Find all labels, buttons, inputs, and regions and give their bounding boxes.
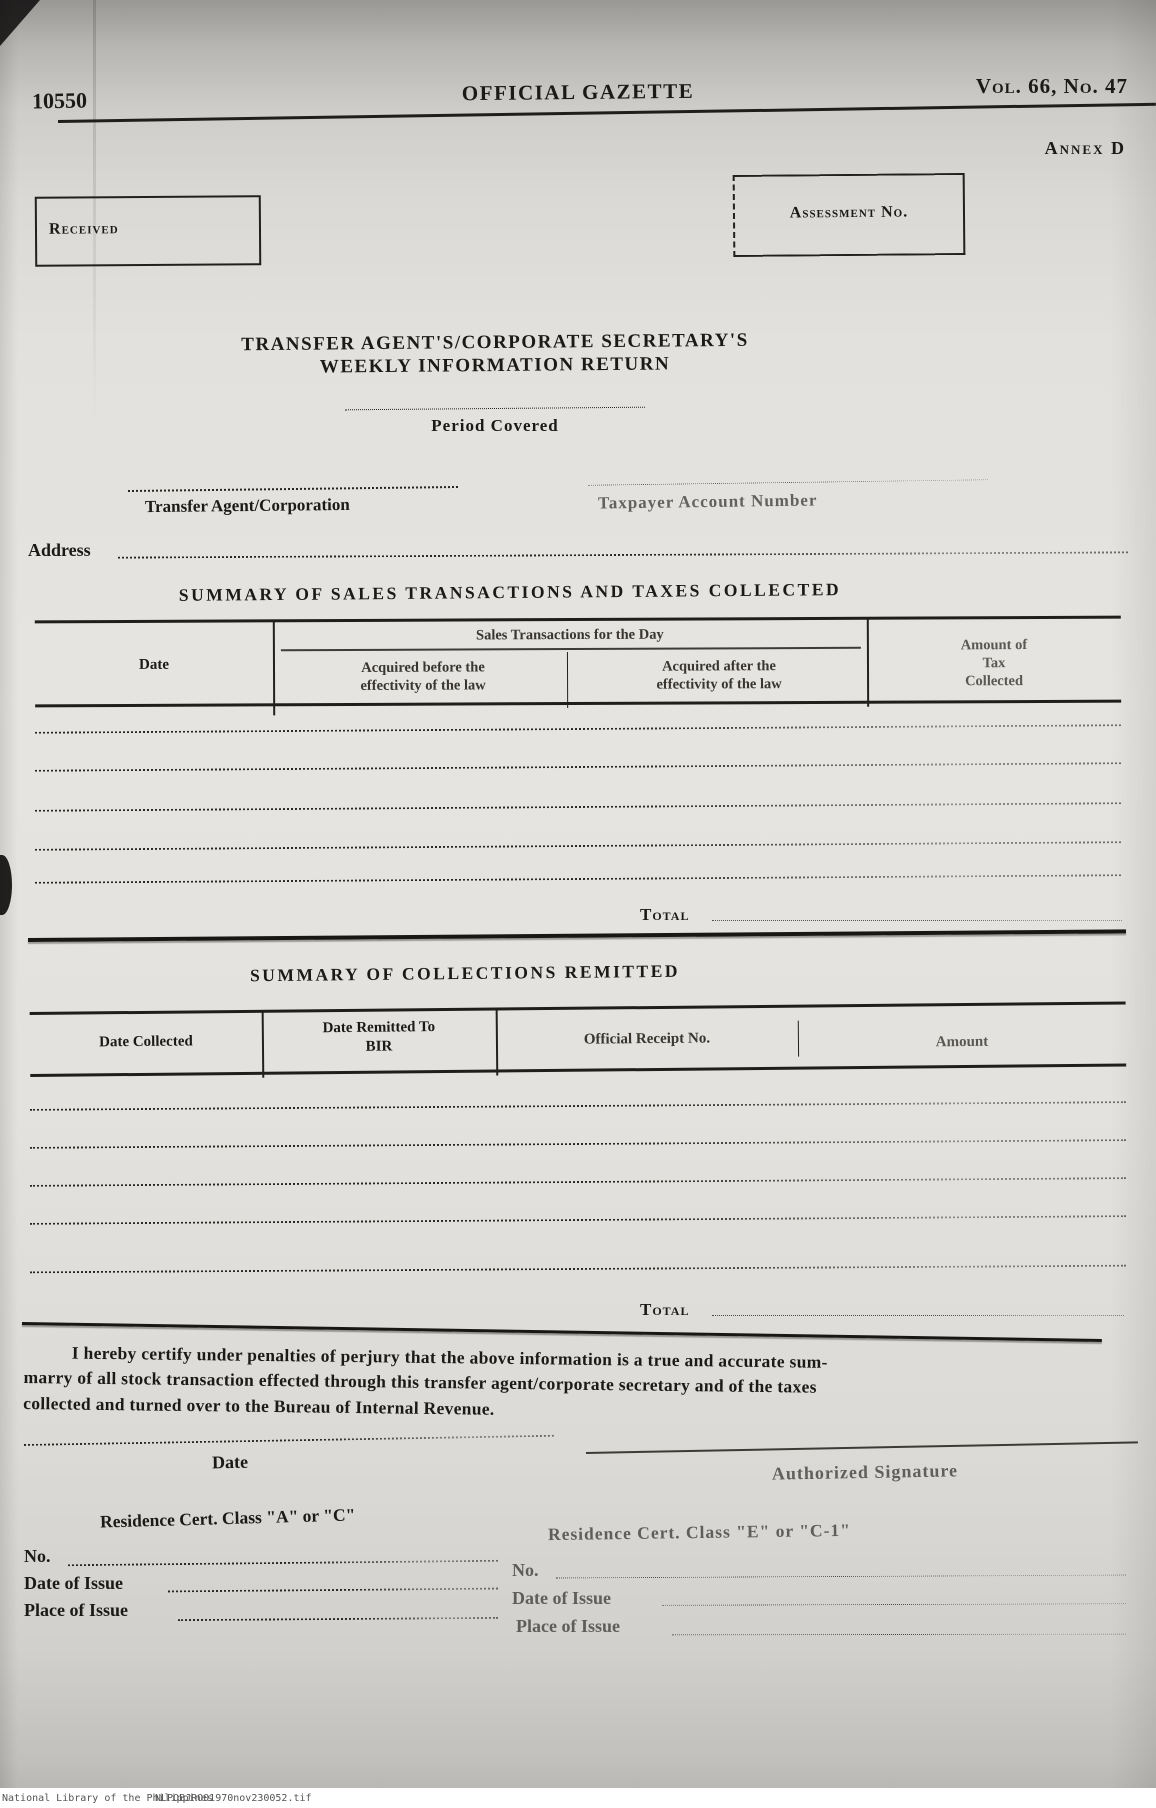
collections-total-line	[712, 1315, 1124, 1316]
residence-cert-right-label: Residence Cert. Class "E" or "C-1"	[548, 1520, 851, 1545]
sales-col-divider-2	[567, 652, 568, 708]
collections-col-amount: Amount	[798, 1031, 1126, 1053]
authorized-signature-line	[586, 1441, 1138, 1454]
sales-blank-row	[35, 724, 1121, 734]
period-covered-label: Period Covered	[345, 416, 645, 436]
sales-blank-row	[35, 841, 1121, 851]
assessment-label: Assessment No.	[735, 203, 963, 223]
sales-table-bottom-rule	[35, 700, 1121, 708]
sales-blank-row	[35, 802, 1121, 812]
sales-col-after-line1: Acquired after the	[577, 657, 861, 676]
collections-bottom-rule	[30, 1063, 1126, 1077]
residence-cert-left-label: Residence Cert. Class "A" or "C"	[100, 1504, 356, 1532]
date-label: Date	[80, 1449, 380, 1475]
right-place-of-issue-line	[672, 1634, 1126, 1636]
left-no-line	[68, 1560, 498, 1567]
collections-col-date-remitted: Date Remitted To BIR	[262, 1018, 496, 1058]
footer-bar: National Library of the Philippines NLPO…	[0, 1788, 1156, 1808]
collections-blank-row	[30, 1139, 1126, 1149]
sales-blank-row	[35, 762, 1121, 772]
sales-table: Date Sales Transactions for the Day Acqu…	[35, 616, 1121, 721]
collections-total-label: Total	[640, 1300, 689, 1320]
sales-total-label: Total	[640, 905, 689, 925]
right-date-of-issue-line	[662, 1603, 1126, 1606]
sales-col-date: Date	[35, 655, 273, 675]
left-date-of-issue-line	[168, 1588, 498, 1593]
collections-heading: SUMMARY OF COLLECTIONS REMITTED	[0, 958, 930, 989]
collections-blank-row	[30, 1215, 1126, 1225]
footer-filename: NLPOBJRO01970nov230052.tif	[155, 1793, 312, 1804]
sales-col-amount-line2: Tax	[867, 654, 1121, 673]
sales-col-after-line2: effectivity of the law	[577, 675, 861, 694]
date-signature-line	[24, 1435, 554, 1446]
authorized-signature-label: Authorized Signature	[640, 1458, 1090, 1487]
sales-col-after: Acquired after the effectivity of the la…	[577, 657, 861, 694]
right-no-line	[556, 1575, 1126, 1579]
collections-top-rule	[30, 1001, 1126, 1015]
sales-col-before: Acquired before the effectivity of the l…	[283, 658, 563, 695]
right-place-of-issue-label: Place of Issue	[516, 1616, 620, 1637]
collections-blank-row	[30, 1265, 1126, 1274]
sales-total-line	[712, 920, 1122, 921]
sales-blank-row	[35, 874, 1121, 884]
received-stamp-box: Received	[35, 195, 261, 267]
collections-table: Date Collected Date Remitted To BIR Offi…	[30, 1001, 1127, 1087]
annex-label: Annex D	[1045, 138, 1126, 159]
left-place-of-issue-label: Place of Issue	[24, 1600, 128, 1621]
address-line	[118, 551, 1128, 558]
collections-col-receipt: Official Receipt No.	[496, 1029, 798, 1051]
volume-number: Vol. 66, No. 47	[976, 74, 1128, 99]
sales-table-heading: SUMMARY OF SALES TRANSACTIONS AND TAXES …	[0, 578, 1020, 608]
right-date-of-issue-label: Date of Issue	[512, 1588, 611, 1609]
assessment-stamp-box: Assessment No.	[733, 173, 966, 257]
collections-col-date-remitted-line2: BIR	[262, 1036, 496, 1057]
sales-group-header: Sales Transactions for the Day	[273, 625, 867, 646]
collections-blank-row	[30, 1177, 1126, 1187]
left-no-label: No.	[24, 1546, 51, 1567]
collections-col-date-collected: Date Collected	[30, 1032, 262, 1053]
sales-table-top-rule	[35, 616, 1121, 624]
taxpayer-line	[588, 479, 988, 486]
scanned-document-page: 10550 OFFICIAL GAZETTE Vol. 66, No. 47 A…	[0, 0, 1156, 1808]
right-no-label: No.	[512, 1560, 539, 1581]
sales-col-amount-line1: Amount of	[867, 636, 1121, 655]
sales-col-amount-line3: Collected	[867, 672, 1121, 691]
collections-col-date-remitted-line1: Date Remitted To	[262, 1018, 496, 1039]
sales-section-end-rule	[28, 929, 1126, 942]
sales-col-before-line2: effectivity of the law	[283, 676, 563, 695]
left-place-of-issue-line	[178, 1617, 498, 1621]
scan-corner-artifact	[0, 0, 40, 46]
taxpayer-label: Taxpayer Account Number	[598, 490, 818, 513]
sales-col-before-line1: Acquired before the	[283, 658, 563, 677]
left-date-of-issue-label: Date of Issue	[24, 1573, 123, 1594]
transfer-agent-label: Transfer Agent/Corporation	[145, 495, 350, 517]
period-covered-line	[345, 407, 645, 411]
certification-paragraph: I hereby certify under penalties of perj…	[23, 1340, 1132, 1430]
sales-group-underline	[281, 647, 861, 652]
sales-col-amount: Amount of Tax Collected	[867, 636, 1121, 691]
collections-section-end-rule	[22, 1322, 1102, 1342]
address-label: Address	[28, 540, 91, 561]
collections-blank-row	[30, 1101, 1126, 1111]
scan-edge-artifact	[0, 855, 12, 915]
transfer-agent-line	[128, 486, 458, 492]
received-label: Received	[49, 220, 119, 238]
